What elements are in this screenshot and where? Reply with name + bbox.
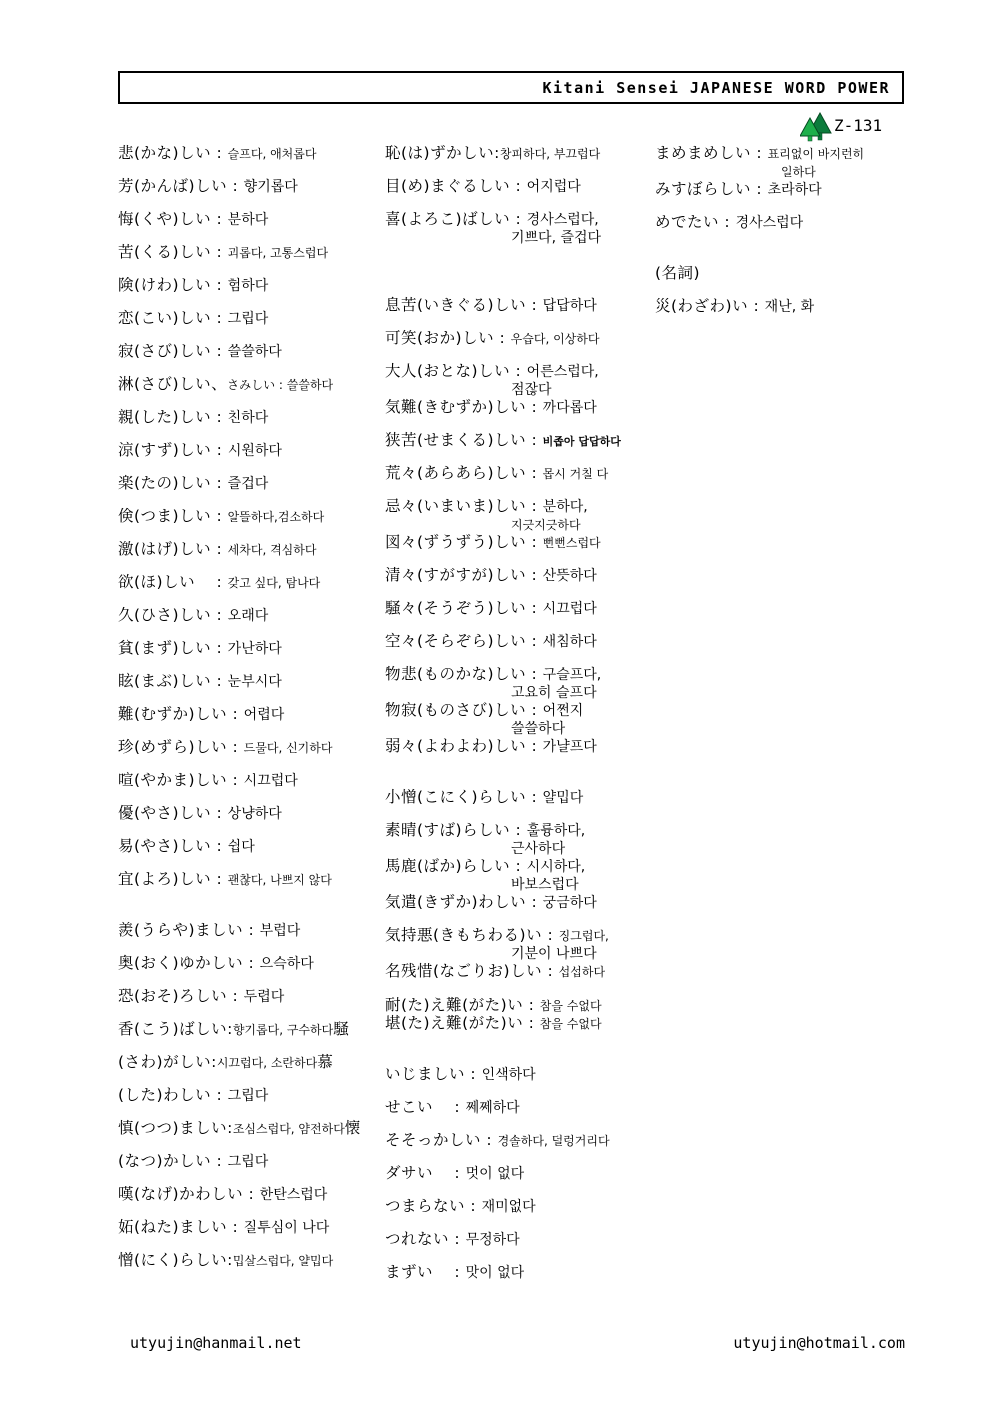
vocab-group: 羨(うらや)ましい : 부럽다奥(おく)ゆかしい : 으슥하다恐(おそ)ろしい … — [118, 921, 393, 1269]
japanese-term: 気遣(きずか)わしい : — [385, 893, 543, 911]
vocab-line: 弱々(よわよわ)しい : 가냘프다 — [385, 737, 660, 755]
vocab-line: 妬(ねた)ましい : 질투심이 나다 — [118, 1218, 393, 1236]
korean-meaning: 시시하다, — [527, 859, 586, 875]
vocab-entry: 羨(うらや)ましい : 부럽다 — [118, 921, 393, 939]
vocab-entry: 悲(かな)しい : 슬프다, 애처롭다 — [118, 144, 393, 162]
korean-meaning: 그립다 — [228, 311, 269, 327]
japanese-term: 堪(た)え難(がた)い : — [385, 1014, 540, 1032]
vocab-entry: 狭苦(せまくる)しい : 비좁아 답답하다 — [385, 431, 660, 449]
japanese-term-wrapped: 慕 — [317, 1053, 333, 1071]
japanese-term: 険(けわ)しい : — [118, 276, 228, 294]
vocab-group: いじましい : 인색하다せこい : 쩨쩨하다そそっかしい : 경솔하다, 덜렁거… — [385, 1065, 660, 1281]
vocab-group: 小憎(こにく)らしい : 얄밉다素晴(すば)らしい : 훌륭하다,근사하다馬鹿(… — [385, 788, 660, 911]
korean-meaning: 그립다 — [228, 1154, 269, 1170]
vocab-entry: 災(わざわ)い : 재난, 화 — [655, 297, 930, 315]
korean-meaning: 징그럽다, — [559, 929, 609, 943]
vocab-line: まずい : 맛이 없다 — [385, 1263, 660, 1281]
vocab-line: 芳(かんば)しい : 향기롭다 — [118, 177, 393, 195]
korean-meaning: 슬프다, 애처롭다 — [228, 147, 317, 161]
vocab-line: 기분이 나쁘다 — [511, 944, 660, 962]
vocab-line: 근사하다 — [511, 839, 660, 857]
vocab-entry: 可笑(おか)しい : 우습다, 이상하다 — [385, 329, 660, 347]
korean-meaning: 몹시 거칠 다 — [543, 467, 609, 481]
japanese-term: 奥(おく)ゆかしい : — [118, 954, 260, 972]
korean-meaning: 얄밉다 — [543, 790, 584, 806]
vocab-line: 貧(まず)しい : 가난하다 — [118, 639, 393, 657]
footer-email-right: utyujin@hotmail.com — [733, 1334, 905, 1352]
korean-meaning: 부럽다 — [260, 923, 301, 939]
vocab-entry: 久(ひさ)しい : 오래다 — [118, 606, 393, 624]
vocab-entry: 小憎(こにく)らしい : 얄밉다 — [385, 788, 660, 806]
japanese-term: 親(した)しい : — [118, 408, 228, 426]
vocab-line: 空々(そらぞら)しい : 새침하다 — [385, 632, 660, 650]
korean-meaning: 밉살스럽다, 얄밉다 — [233, 1254, 333, 1268]
japanese-term: つれない : — [385, 1230, 466, 1248]
japanese-term: 珍(めずら)しい : — [118, 738, 244, 756]
vocab-entry: (さわ)がしい:시끄럽다, 소란하다慕 — [118, 1053, 393, 1071]
vocab-entry: 耐(た)え難(がた)い : 참을 수없다 — [385, 996, 660, 1014]
korean-meaning: 일하다 — [781, 165, 816, 179]
vocab-line: 奥(おく)ゆかしい : 으슥하다 — [118, 954, 393, 972]
korean-meaning: 험하다 — [228, 278, 269, 294]
vocab-entry: 苦(くる)しい : 괴롭다, 고통스럽다 — [118, 243, 393, 261]
page-title: Kitani Sensei JAPANESE WORD POWER — [542, 79, 890, 97]
japanese-term: 喜(よろこ)ばしい : — [385, 210, 527, 228]
korean-meaning: 참을 수없다 — [540, 999, 602, 1013]
vocab-line: 荒々(あらあら)しい : 몹시 거칠 다 — [385, 464, 660, 482]
korean-meaning: 가난하다 — [228, 641, 282, 657]
vocab-line: 倹(つま)しい : 알뜰하다,검소하다 — [118, 507, 393, 525]
japanese-term: 易(やさ)しい : — [118, 837, 228, 855]
japanese-term: 眩(まぶ)しい : — [118, 672, 228, 690]
vocab-line: (した)わしい : 그립다 — [118, 1086, 393, 1104]
vocab-entry: 息苦(いきぐる)しい : 답답하다 — [385, 296, 660, 314]
vocab-line: 珍(めずら)しい : 드물다, 신기하다 — [118, 738, 393, 756]
vocab-group: (名詞)災(わざわ)い : 재난, 화 — [655, 264, 930, 315]
japanese-term: (名詞) — [655, 264, 700, 282]
korean-meaning: 세차다, 격심하다 — [228, 543, 317, 557]
korean-meaning: 근사하다 — [511, 841, 565, 857]
vocab-line: つまらない : 재미없다 — [385, 1197, 660, 1215]
vocab-line: 気遣(きずか)わしい : 궁금하다 — [385, 893, 660, 911]
japanese-term: 憎(にく)らしい: — [118, 1251, 233, 1269]
vocab-entry: 気持悪(きもちわる)い : 징그럽다,기분이 나쁘다 — [385, 926, 660, 962]
vocab-entry: 荒々(あらあら)しい : 몹시 거칠 다 — [385, 464, 660, 482]
japanese-term: 可笑(おか)しい : — [385, 329, 511, 347]
vocab-entry: 堪(た)え難(がた)い : 참을 수없다 — [385, 1014, 660, 1032]
japanese-term: 嘆(なげ)かわしい : — [118, 1185, 260, 1203]
japanese-term: そそっかしい : — [385, 1131, 498, 1149]
vocab-entry: まめまめしい : 표리없이 바지런히일하다 — [655, 144, 930, 180]
vocab-entry: 物寂(ものさび)しい : 어쩐지쓸쓸하다 — [385, 701, 660, 737]
vocab-entry: 眩(まぶ)しい : 눈부시다 — [118, 672, 393, 690]
korean-meaning: 표리없이 바지런히 — [768, 147, 865, 161]
vocab-line: 恐(おそ)ろしい : 두렵다 — [118, 987, 393, 1005]
korean-meaning: 재난, 화 — [765, 299, 814, 315]
vocab-line: 狭苦(せまくる)しい : 비좁아 답답하다 — [385, 431, 660, 449]
korean-meaning: 바보스럽다 — [511, 877, 579, 893]
vocab-entry: 気遣(きずか)わしい : 궁금하다 — [385, 893, 660, 911]
vocab-group: 悲(かな)しい : 슬프다, 애처롭다芳(かんば)しい : 향기롭다悔(くや)し… — [118, 144, 393, 888]
vocab-line: 騒々(そうぞう)しい : 시끄럽다 — [385, 599, 660, 617]
vocab-line: 嘆(なげ)かわしい : 한탄스럽다 — [118, 1185, 393, 1203]
vocab-line: せこい : 쩨쩨하다 — [385, 1098, 660, 1116]
japanese-term: 楽(たの)しい : — [118, 474, 228, 492]
korean-meaning: 쉽다 — [228, 839, 255, 855]
korean-meaning: 기분이 나쁘다 — [511, 946, 597, 962]
vocab-line: 名残惜(なごりお)しい : 섭섭하다 — [385, 962, 660, 980]
korean-meaning: 창피하다, 부끄럽다 — [500, 147, 600, 161]
vocab-line: 災(わざわ)い : 재난, 화 — [655, 297, 930, 315]
vocab-entry: つまらない : 재미없다 — [385, 1197, 660, 1215]
vocab-line: 優(やさ)しい : 상냥하다 — [118, 804, 393, 822]
japanese-term-wrapped: 騒 — [333, 1020, 349, 1038]
korean-meaning: 향기롭다 — [244, 179, 298, 195]
japanese-term: 貧(まず)しい : — [118, 639, 228, 657]
japanese-term: 息苦(いきぐる)しい : — [385, 296, 543, 314]
vocab-entry: 恥(は)ずかしい:창피하다, 부끄럽다 — [385, 144, 660, 162]
vocab-entry: 親(した)しい : 친하다 — [118, 408, 393, 426]
korean-meaning: 친하다 — [228, 410, 269, 426]
vocab-entry: 欲(ほ)しい : 갖고 싶다, 탐나다 — [118, 573, 393, 591]
japanese-term: 淋(さび)しい、 — [118, 375, 227, 393]
korean-meaning: 무정하다 — [466, 1232, 520, 1248]
vocab-entry: 恋(こい)しい : 그립다 — [118, 309, 393, 327]
vocab-line: 可笑(おか)しい : 우습다, 이상하다 — [385, 329, 660, 347]
japanese-term: 物悲(ものかな)しい : — [385, 665, 543, 683]
korean-meaning: 알뜰하다,검소하다 — [228, 510, 325, 524]
korean-meaning: 시끄럽다 — [244, 773, 298, 789]
japanese-term: 妬(ねた)ましい : — [118, 1218, 244, 1236]
vocab-line: 宜(よろ)しい : 괜찮다, 나쁘지 않다 — [118, 870, 393, 888]
korean-meaning: 두렵다 — [244, 989, 285, 1005]
korean-meaning: 인색하다 — [482, 1067, 536, 1083]
japanese-term: みすぼらしい : — [655, 180, 768, 198]
japanese-term: まずい : — [385, 1263, 466, 1281]
japanese-term: 苦(くる)しい : — [118, 243, 228, 261]
japanese-term: いじましい : — [385, 1065, 482, 1083]
japanese-term: 優(やさ)しい : — [118, 804, 228, 822]
vocab-entry: 喜(よろこ)ばしい : 경사스럽다,기쁘다, 즐겁다 — [385, 210, 660, 246]
japanese-term: 騒々(そうぞう)しい : — [385, 599, 543, 617]
korean-meaning: 재미없다 — [482, 1199, 536, 1215]
japanese-term: 悲(かな)しい : — [118, 144, 228, 162]
japanese-term: 名残惜(なごりお)しい : — [385, 962, 559, 980]
japanese-term: 悔(くや)しい : — [118, 210, 228, 228]
vocab-entry: 空々(そらぞら)しい : 새침하다 — [385, 632, 660, 650]
korean-meaning: 참을 수없다 — [540, 1017, 602, 1031]
korean-meaning: 어쩐지 — [543, 703, 584, 719]
page-number-label: Z-131 — [834, 116, 882, 135]
korean-meaning: 비좁아 답답하다 — [543, 435, 621, 448]
vocab-line: 大人(おとな)しい : 어른스럽다, — [385, 362, 660, 380]
vocab-line: 悔(くや)しい : 분하다 — [118, 210, 393, 228]
korean-meaning: 시끄럽다 — [543, 601, 597, 617]
korean-meaning: 구슬프다, — [543, 667, 602, 683]
japanese-term: 慎(つつ)ましい: — [118, 1119, 233, 1137]
vocab-line: 기쁘다, 즐겁다 — [511, 228, 660, 246]
vocab-line: ダサい : 멋이 없다 — [385, 1164, 660, 1182]
vocab-line: 恋(こい)しい : 그립다 — [118, 309, 393, 327]
trees-icon — [800, 112, 832, 146]
japanese-term: つまらない : — [385, 1197, 482, 1215]
vocab-entry: ダサい : 멋이 없다 — [385, 1164, 660, 1182]
japanese-term: 香(こう)ばしい: — [118, 1020, 233, 1038]
vocab-entry: 気難(きむずか)しい : 까다롭다 — [385, 398, 660, 416]
vocab-line: 物寂(ものさび)しい : 어쩐지 — [385, 701, 660, 719]
korean-meaning: 경솔하다, 덜렁거리다 — [498, 1134, 610, 1148]
japanese-term: 弱々(よわよわ)しい : — [385, 737, 543, 755]
vocab-entry: まずい : 맛이 없다 — [385, 1263, 660, 1281]
document-page: { "header": { "title": "Kitani Sensei JA… — [0, 0, 992, 1403]
vocab-entry: 芳(かんば)しい : 향기롭다 — [118, 177, 393, 195]
vocab-group: 息苦(いきぐる)しい : 답답하다可笑(おか)しい : 우습다, 이상하다大人(… — [385, 296, 660, 755]
vocab-entry: 難(むずか)しい : 어렵다 — [118, 705, 393, 723]
vocab-line: 羨(うらや)ましい : 부럽다 — [118, 921, 393, 939]
korean-meaning: 드물다, 신기하다 — [244, 741, 333, 755]
vocab-entry: そそっかしい : 경솔하다, 덜렁거리다 — [385, 1131, 660, 1149]
vocab-line: そそっかしい : 경솔하다, 덜렁거리다 — [385, 1131, 660, 1149]
vocab-entry: 馬鹿(ばか)らしい : 시시하다,바보스럽다 — [385, 857, 660, 893]
japanese-term: 清々(すがすが)しい : — [385, 566, 543, 584]
vocab-entry: 喧(やかま)しい : 시끄럽다 — [118, 771, 393, 789]
vocab-line: 寂(さび)しい : 쓸쓸하다 — [118, 342, 393, 360]
korean-meaning: 점잖다 — [511, 382, 552, 398]
vocab-line: 香(こう)ばしい:향기롭다, 구수하다騒 — [118, 1020, 393, 1038]
vocab-entry: 名残惜(なごりお)しい : 섭섭하다 — [385, 962, 660, 980]
japanese-term: 忌々(いまいま)しい : — [385, 497, 543, 515]
korean-meaning: 어른스럽다, — [527, 364, 599, 380]
vocab-line: 眩(まぶ)しい : 눈부시다 — [118, 672, 393, 690]
vocab-line: まめまめしい : 표리없이 바지런히 — [655, 144, 930, 162]
vocab-entry: 大人(おとな)しい : 어른스럽다,점잖다 — [385, 362, 660, 398]
korean-meaning: 쓸쓸하다 — [511, 721, 565, 737]
vocab-entry: めでたい : 경사스럽다 — [655, 213, 930, 231]
korean-meaning: 분하다 — [228, 212, 269, 228]
korean-meaning: 즐겁다 — [228, 476, 269, 492]
vocab-line: みすぼらしい : 초라하다 — [655, 180, 930, 198]
vocab-entry: 騒々(そうぞう)しい : 시끄럽다 — [385, 599, 660, 617]
vocab-entry: 素晴(すば)らしい : 훌륭하다,근사하다 — [385, 821, 660, 857]
korean-meaning: 향기롭다, 구수하다 — [233, 1023, 333, 1037]
korean-meaning: 뻔뻔스럽다 — [543, 536, 601, 550]
vocab-entry: (なつ)かしい : 그립다 — [118, 1152, 393, 1170]
korean-meaning: 질투심이 나다 — [244, 1220, 330, 1236]
korean-meaning: 으슥하다 — [260, 956, 314, 972]
vocab-entry: 妬(ねた)ましい : 질투심이 나다 — [118, 1218, 393, 1236]
vocab-line: 喧(やかま)しい : 시끄럽다 — [118, 771, 393, 789]
japanese-term: 耐(た)え難(がた)い : — [385, 996, 540, 1014]
japanese-term: 芳(かんば)しい : — [118, 177, 244, 195]
korean-meaning: さみしい : 쓸쓸하다 — [227, 378, 333, 392]
vocab-line: (なつ)かしい : 그립다 — [118, 1152, 393, 1170]
korean-meaning: 눈부시다 — [228, 674, 282, 690]
japanese-term: せこい : — [385, 1098, 466, 1116]
korean-meaning: 가냘프다 — [543, 739, 597, 755]
vocab-entry: 恐(おそ)ろしい : 두렵다 — [118, 987, 393, 1005]
vocab-line: いじましい : 인색하다 — [385, 1065, 660, 1083]
vocab-entry: 憎(にく)らしい:밉살스럽다, 얄밉다 — [118, 1251, 393, 1269]
japanese-term: めでたい : — [655, 213, 736, 231]
korean-meaning: 쓸쓸하다 — [228, 344, 282, 360]
vocab-entry: 楽(たの)しい : 즐겁다 — [118, 474, 393, 492]
korean-meaning: 답답하다 — [543, 298, 597, 314]
japanese-term: 喧(やかま)しい : — [118, 771, 244, 789]
vocab-group: 恥(は)ずかしい:창피하다, 부끄럽다目(め)まぐるしい : 어지럽다喜(よろこ… — [385, 144, 660, 246]
vocab-line: 欲(ほ)しい : 갖고 싶다, 탐나다 — [118, 573, 393, 591]
korean-meaning: 그립다 — [228, 1088, 269, 1104]
vocab-line: 고요히 슬프다 — [511, 683, 660, 701]
vocab-group: まめまめしい : 표리없이 바지런히일하다みすぼらしい : 초라하다めでたい :… — [655, 144, 930, 231]
japanese-term: 恋(こい)しい : — [118, 309, 228, 327]
vocab-entry: 涼(すず)しい : 시원하다 — [118, 441, 393, 459]
japanese-term: まめまめしい : — [655, 144, 768, 162]
korean-meaning: 섭섭하다 — [559, 965, 605, 979]
korean-meaning: 지긋지긋하다 — [511, 518, 581, 532]
korean-meaning: 기쁘다, 즐겁다 — [511, 230, 601, 246]
japanese-term: 激(はげ)しい : — [118, 540, 228, 558]
japanese-term: 恥(は)ずかしい: — [385, 144, 500, 162]
vocab-line: (名詞) — [655, 264, 930, 282]
vocab-line: 気難(きむずか)しい : 까다롭다 — [385, 398, 660, 416]
korean-meaning: 훌륭하다, — [527, 823, 586, 839]
vocab-entry: 倹(つま)しい : 알뜰하다,검소하다 — [118, 507, 393, 525]
korean-meaning: 우습다, 이상하다 — [511, 332, 600, 346]
japanese-term: 気持悪(きもちわる)い : — [385, 926, 559, 944]
korean-meaning: 경사스럽다 — [736, 215, 804, 231]
vocab-line: 清々(すがすが)しい : 산뜻하다 — [385, 566, 660, 584]
japanese-term: (さわ)がしい: — [118, 1053, 217, 1071]
vocab-entry: 優(やさ)しい : 상냥하다 — [118, 804, 393, 822]
vocab-line: 慎(つつ)ましい:조심스럽다, 얌전하다懐 — [118, 1119, 393, 1137]
japanese-term: 涼(すず)しい : — [118, 441, 228, 459]
korean-meaning: 시끄럽다, 소란하다 — [217, 1056, 317, 1070]
vocab-entry: 宜(よろ)しい : 괜찮다, 나쁘지 않다 — [118, 870, 393, 888]
vocab-line: 悲(かな)しい : 슬프다, 애처롭다 — [118, 144, 393, 162]
title-bar: Kitani Sensei JAPANESE WORD POWER — [118, 71, 904, 104]
japanese-term: 難(むずか)しい : — [118, 705, 244, 723]
japanese-term: 災(わざわ)い : — [655, 297, 765, 315]
vocab-line: 難(むずか)しい : 어렵다 — [118, 705, 393, 723]
japanese-term: 素晴(すば)らしい : — [385, 821, 527, 839]
vocab-line: 図々(ずうずう)しい : 뻔뻔스럽다 — [385, 533, 660, 551]
vocab-line: 憎(にく)らしい:밉살스럽다, 얄밉다 — [118, 1251, 393, 1269]
korean-meaning: 까다롭다 — [543, 400, 597, 416]
korean-meaning: 쩨쩨하다 — [466, 1100, 520, 1116]
korean-meaning: 상냥하다 — [228, 806, 282, 822]
vocab-column-2: 恥(は)ずかしい:창피하다, 부끄럽다目(め)まぐるしい : 어지럽다喜(よろこ… — [385, 144, 660, 1296]
japanese-term: 馬鹿(ばか)らしい : — [385, 857, 527, 875]
vocab-line: 恥(は)ずかしい:창피하다, 부끄럽다 — [385, 144, 660, 162]
vocab-line: 일하다 — [781, 162, 930, 180]
korean-meaning: 멋이 없다 — [466, 1166, 525, 1182]
vocab-entry: 香(こう)ばしい:향기롭다, 구수하다騒 — [118, 1020, 393, 1038]
vocab-entry: せこい : 쩨쩨하다 — [385, 1098, 660, 1116]
japanese-term: 目(め)まぐるしい : — [385, 177, 527, 195]
japanese-term: 欲(ほ)しい : — [118, 573, 228, 591]
vocab-entry: (した)わしい : 그립다 — [118, 1086, 393, 1104]
korean-meaning: 어렵다 — [244, 707, 285, 723]
vocab-line: 涼(すず)しい : 시원하다 — [118, 441, 393, 459]
vocab-line: 易(やさ)しい : 쉽다 — [118, 837, 393, 855]
vocab-entry: 清々(すがすが)しい : 산뜻하다 — [385, 566, 660, 584]
japanese-term: 宜(よろ)しい : — [118, 870, 228, 888]
korean-meaning: 조심스럽다, 얌전하다 — [233, 1122, 345, 1136]
vocab-entry: 激(はげ)しい : 세차다, 격심하다 — [118, 540, 393, 558]
vocab-line: 바보스럽다 — [511, 875, 660, 893]
vocab-line: (さわ)がしい:시끄럽다, 소란하다慕 — [118, 1053, 393, 1071]
vocab-entry: 忌々(いまいま)しい : 분하다,지긋지긋하다 — [385, 497, 660, 533]
vocab-line: 小憎(こにく)らしい : 얄밉다 — [385, 788, 660, 806]
vocab-entry: 嘆(なげ)かわしい : 한탄스럽다 — [118, 1185, 393, 1203]
korean-meaning: 궁금하다 — [543, 895, 597, 911]
vocab-entry: 易(やさ)しい : 쉽다 — [118, 837, 393, 855]
vocab-line: 喜(よろこ)ばしい : 경사스럽다, — [385, 210, 660, 228]
vocab-group: 耐(た)え難(がた)い : 참을 수없다堪(た)え難(がた)い : 참을 수없다 — [385, 996, 660, 1032]
vocab-line: 久(ひさ)しい : 오래다 — [118, 606, 393, 624]
vocab-line: つれない : 무정하다 — [385, 1230, 660, 1248]
korean-meaning: 시원하다 — [228, 443, 282, 459]
vocab-column-3: まめまめしい : 표리없이 바지런히일하다みすぼらしい : 초라하다めでたい :… — [655, 144, 930, 330]
vocab-entry: (名詞) — [655, 264, 930, 282]
vocab-entry: 険(けわ)しい : 험하다 — [118, 276, 393, 294]
korean-meaning: 고요히 슬프다 — [511, 685, 597, 701]
vocab-line: 馬鹿(ばか)らしい : 시시하다, — [385, 857, 660, 875]
vocab-line: 楽(たの)しい : 즐겁다 — [118, 474, 393, 492]
vocab-line: 쓸쓸하다 — [511, 719, 660, 737]
vocab-entry: いじましい : 인색하다 — [385, 1065, 660, 1083]
page-number-badge: Z-131 — [800, 112, 882, 146]
vocab-line: 息苦(いきぐる)しい : 답답하다 — [385, 296, 660, 314]
korean-meaning: 산뜻하다 — [543, 568, 597, 584]
korean-meaning: 오래다 — [228, 608, 269, 624]
vocab-line: 淋(さび)しい、さみしい : 쓸쓸하다 — [118, 375, 393, 393]
japanese-term-wrapped: 懐 — [345, 1119, 361, 1137]
japanese-term: 大人(おとな)しい : — [385, 362, 527, 380]
korean-meaning: 경사스럽다, — [527, 212, 599, 228]
vocab-entry: 悔(くや)しい : 분하다 — [118, 210, 393, 228]
vocab-line: 耐(た)え難(がた)い : 참을 수없다 — [385, 996, 660, 1014]
vocab-group: 気持悪(きもちわる)い : 징그럽다,기분이 나쁘다名残惜(なごりお)しい : … — [385, 926, 660, 980]
korean-meaning: 맛이 없다 — [466, 1265, 525, 1281]
japanese-term: 気難(きむずか)しい : — [385, 398, 543, 416]
japanese-term: 狭苦(せまくる)しい : — [385, 431, 543, 449]
vocab-entry: 珍(めずら)しい : 드물다, 신기하다 — [118, 738, 393, 756]
vocab-entry: 弱々(よわよわ)しい : 가냘프다 — [385, 737, 660, 755]
korean-meaning: 새침하다 — [543, 634, 597, 650]
vocab-line: 점잖다 — [511, 380, 660, 398]
vocab-line: 忌々(いまいま)しい : 분하다, — [385, 497, 660, 515]
japanese-term: 図々(ずうずう)しい : — [385, 533, 543, 551]
japanese-term: (なつ)かしい : — [118, 1152, 228, 1170]
japanese-term: 物寂(ものさび)しい : — [385, 701, 543, 719]
vocab-entry: 物悲(ものかな)しい : 구슬프다,고요히 슬프다 — [385, 665, 660, 701]
vocab-entry: 淋(さび)しい、さみしい : 쓸쓸하다 — [118, 375, 393, 393]
vocab-line: 堪(た)え難(がた)い : 참을 수없다 — [385, 1014, 660, 1032]
vocab-entry: 図々(ずうずう)しい : 뻔뻔스럽다 — [385, 533, 660, 551]
vocab-entry: 奥(おく)ゆかしい : 으슥하다 — [118, 954, 393, 972]
korean-meaning: 어지럽다 — [527, 179, 581, 195]
japanese-term: (した)わしい : — [118, 1086, 228, 1104]
japanese-term: 久(ひさ)しい : — [118, 606, 228, 624]
vocab-line: 激(はげ)しい : 세차다, 격심하다 — [118, 540, 393, 558]
vocab-line: 目(め)まぐるしい : 어지럽다 — [385, 177, 660, 195]
vocab-line: 親(した)しい : 친하다 — [118, 408, 393, 426]
japanese-term: 羨(うらや)ましい : — [118, 921, 260, 939]
japanese-term: 寂(さび)しい : — [118, 342, 228, 360]
korean-meaning: 괴롭다, 고통스럽다 — [228, 246, 328, 260]
vocab-entry: 貧(まず)しい : 가난하다 — [118, 639, 393, 657]
